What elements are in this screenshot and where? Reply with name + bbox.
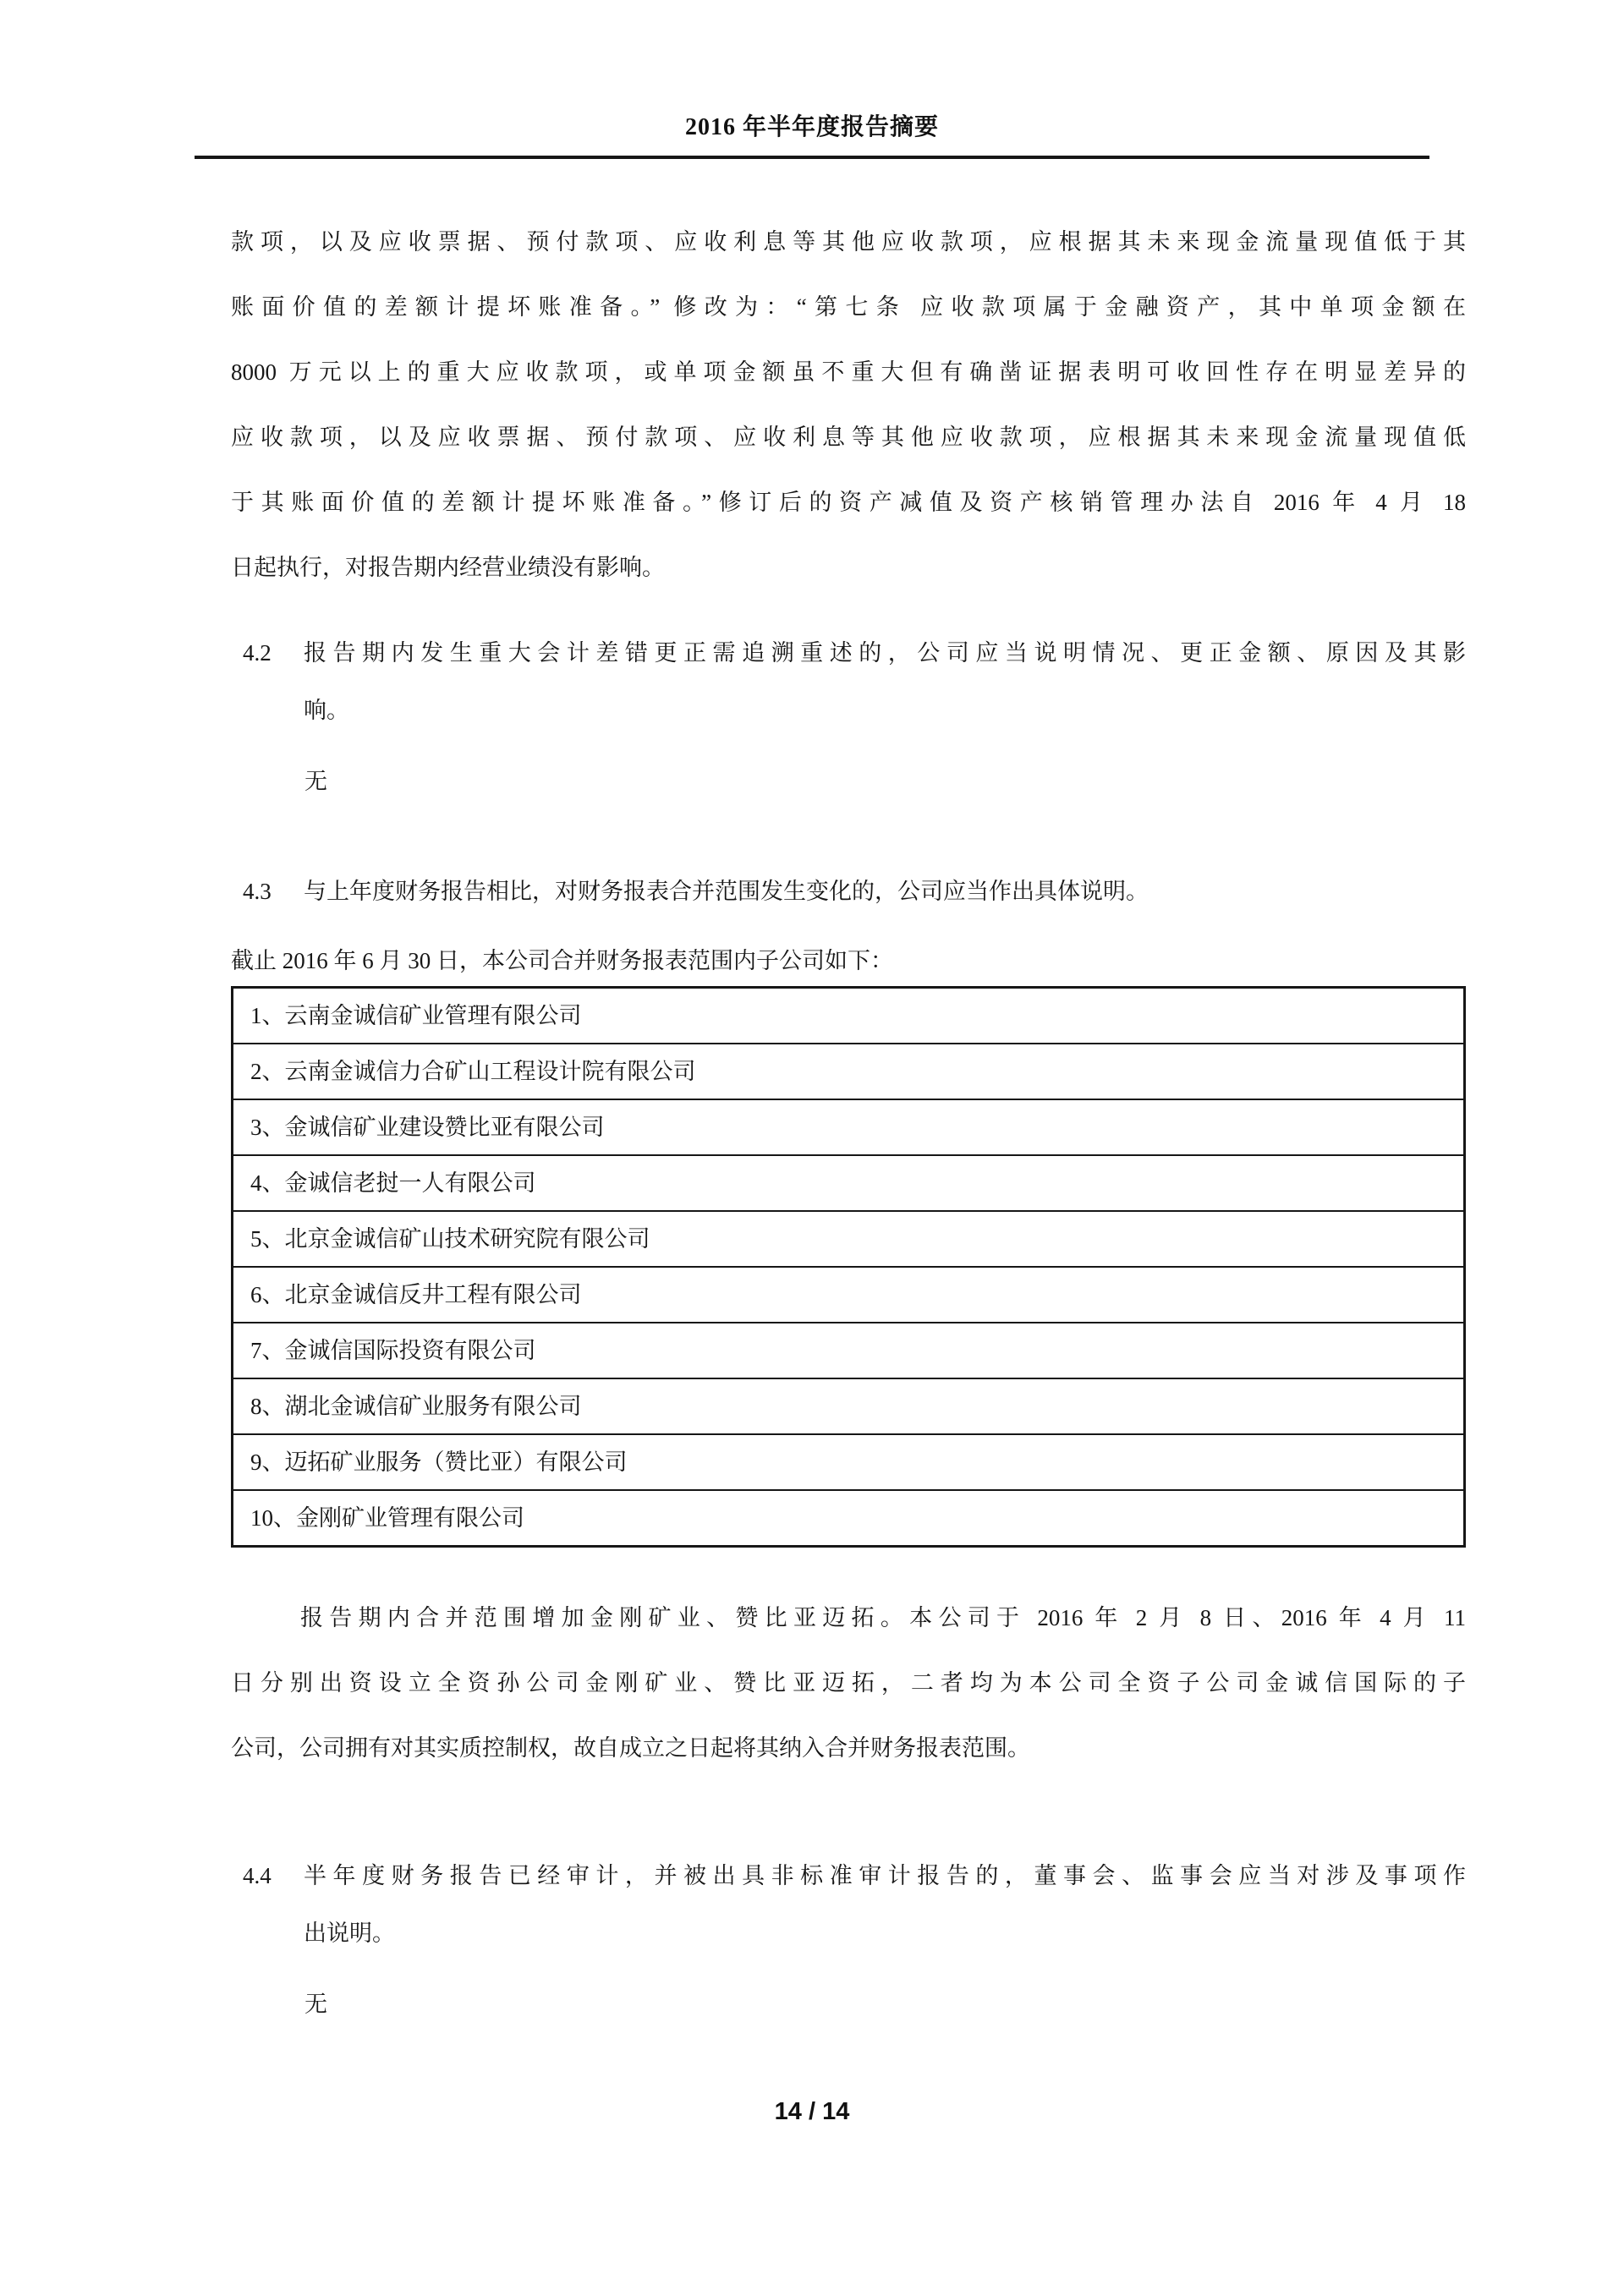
subsidiaries-table: 1、云南金诚信矿业管理有限公司 2、云南金诚信力合矿山工程设计院有限公司 3、金… [231,986,1466,1548]
section-4-2-answer: 无 [231,753,1466,810]
heading-line: 出说明。 [304,1904,1466,1962]
table-row: 1、云南金诚信矿业管理有限公司 [233,989,1463,1044]
paragraph-line: 日起执行，对报告期内经营业绩没有影响。 [231,535,1466,600]
table-row: 10、金刚矿业管理有限公司 [233,1491,1463,1545]
heading-line: 半年度财务报告已经审计，并被出具非标准审计报告的，董事会、监事会应当对涉及事项作 [304,1847,1466,1904]
table-row: 8、湖北金诚信矿业服务有限公司 [233,1379,1463,1435]
header-title: 2016 年半年度报告摘要 [0,0,1624,142]
paragraph-consolidation-scope: 报告期内合并范围增加金刚矿业、赞比亚迈拓。本公司于 2016 年 2 月 8 日… [231,1586,1466,1781]
section-heading-text: 半年度财务报告已经审计，并被出具非标准审计报告的，董事会、监事会应当对涉及事项作… [304,1847,1466,1962]
page-number: 14 / 14 [0,2098,1624,2126]
table-row: 4、金诚信老挝一人有限公司 [233,1156,1463,1212]
heading-line: 与上年度财务报告相比，对财务报表合并范围发生变化的，公司应当作出具体说明。 [304,863,1466,920]
section-4-2-heading: 4.2 报告期内发生重大会计差错更正需追溯重述的，公司应当说明情况、更正金额、原… [231,624,1466,739]
section-4-2: 4.2 报告期内发生重大会计差错更正需追溯重述的，公司应当说明情况、更正金额、原… [231,624,1466,810]
paragraph-line: 应收款项，以及应收票据、预付款项、应收利息等其他应收款项，应根据其未来现金流量现… [231,405,1466,470]
paragraph-line: 账面价值的差额计提坏账准备。” 修改为：“第七条 应收款项属于金融资产，其中单项… [231,275,1466,340]
section-heading-text: 与上年度财务报告相比，对财务报表合并范围发生变化的，公司应当作出具体说明。 [304,863,1466,920]
section-4-4-heading: 4.4 半年度财务报告已经审计，并被出具非标准审计报告的，董事会、监事会应当对涉… [231,1847,1466,1962]
table-row: 3、金诚信矿业建设赞比亚有限公司 [233,1100,1463,1156]
paragraph-line: 于其账面价值的差额计提坏账准备。”修订后的资产减值及资产核销管理办法自 2016… [231,470,1466,535]
table-row: 2、云南金诚信力合矿山工程设计院有限公司 [233,1044,1463,1100]
section-4-4: 4.4 半年度财务报告已经审计，并被出具非标准审计报告的，董事会、监事会应当对涉… [231,1847,1466,2033]
section-4-3: 4.3 与上年度财务报告相比，对财务报表合并范围发生变化的，公司应当作出具体说明… [231,863,1466,1781]
paragraph-line: 公司，公司拥有对其实质控制权，故自成立之日起将其纳入合并财务报表范围。 [231,1716,1466,1781]
heading-line: 报告期内发生重大会计差错更正需追溯重述的，公司应当说明情况、更正金额、原因及其影 [304,624,1466,682]
paragraph-line: 报告期内合并范围增加金刚矿业、赞比亚迈拓。本公司于 2016 年 2 月 8 日… [231,1586,1466,1651]
paragraph-line: 款项，以及应收票据、预付款项、应收利息等其他应收款项，应根据其未来现金流量现值低… [231,210,1466,275]
section-heading-text: 报告期内发生重大会计差错更正需追溯重述的，公司应当说明情况、更正金额、原因及其影… [304,624,1466,739]
table-row: 6、北京金诚信反井工程有限公司 [233,1268,1463,1323]
section-number: 4.3 [243,863,304,920]
section-number: 4.4 [243,1847,304,1904]
report-page: 2016 年半年度报告摘要 款项，以及应收票据、预付款项、应收利息等其他应收款项… [0,0,1624,2296]
table-row: 7、金诚信国际投资有限公司 [233,1323,1463,1379]
section-4-4-answer: 无 [231,1975,1466,2033]
section-number: 4.2 [243,624,304,682]
table-row: 5、北京金诚信矿山技术研究院有限公司 [233,1212,1463,1268]
paragraph-line: 8000 万元以上的重大应收款项，或单项金额虽不重大但有确凿证据表明可收回性存在… [231,340,1466,405]
paragraph-accounting-policy: 款项，以及应收票据、预付款项、应收利息等其他应收款项，应根据其未来现金流量现值低… [231,210,1466,600]
heading-line: 响。 [304,682,1466,739]
section-4-3-heading: 4.3 与上年度财务报告相比，对财务报表合并范围发生变化的，公司应当作出具体说明… [231,863,1466,920]
page-content: 款项，以及应收票据、预付款项、应收利息等其他应收款项，应根据其未来现金流量现值低… [231,210,1466,2033]
header-rule [195,156,1429,159]
table-row: 9、迈拓矿业服务（赞比亚）有限公司 [233,1435,1463,1491]
subsidiaries-intro-line: 截止 2016 年 6 月 30 日，本公司合并财务报表范围内子公司如下： [231,935,1466,986]
paragraph-line: 日分别出资设立全资孙公司金刚矿业、赞比亚迈拓，二者均为本公司全资子公司金诚信国际… [231,1651,1466,1716]
